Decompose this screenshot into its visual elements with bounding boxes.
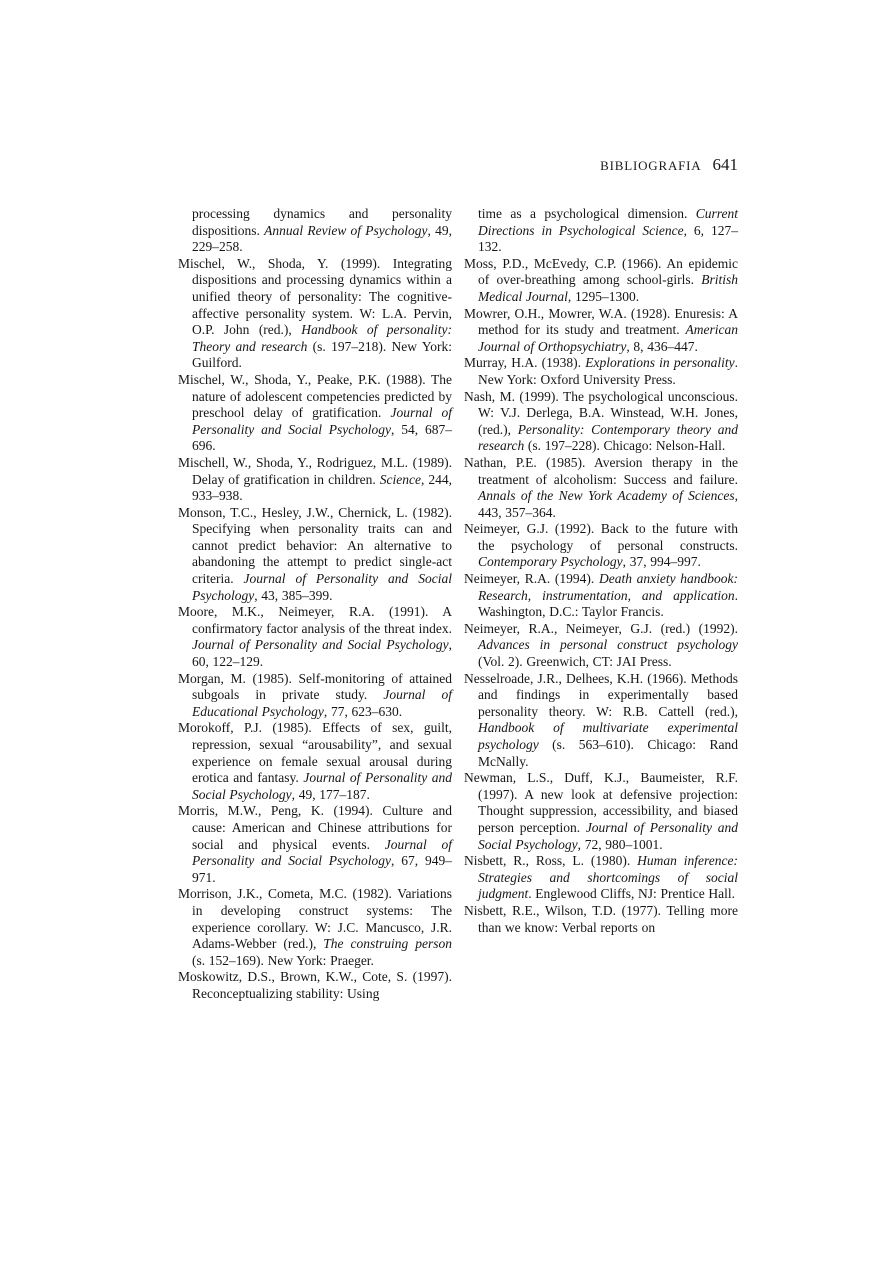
reference-entry: processing dynamics and personality disp…	[178, 206, 452, 256]
reference-entry: Nisbett, R., Ross, L. (1980). Human infe…	[464, 853, 738, 903]
reference-entry: Nesselroade, J.R., Delhees, K.H. (1966).…	[464, 671, 738, 771]
reference-text-segment: , 77, 623–630.	[324, 704, 402, 719]
reference-text-segment: , 37, 994–997.	[623, 554, 701, 569]
reference-title-segment: Science	[380, 472, 421, 487]
reference-title-segment: Annals of the New York Academy of Scienc…	[478, 488, 735, 503]
column-right: time as a psychological dimension. Curre…	[464, 206, 738, 1003]
column-left: processing dynamics and personality disp…	[178, 206, 452, 1003]
reference-text-segment: Neimeyer, G.J. (1992). Back to the futur…	[464, 521, 738, 553]
reference-entry: Neimeyer, R.A., Neimeyer, G.J. (red.) (1…	[464, 621, 738, 671]
reference-text-segment: Moskowitz, D.S., Brown, K.W., Cote, S. (…	[178, 969, 452, 1001]
reference-text-segment: , 72, 980–1001.	[578, 837, 663, 852]
reference-entry: Moskowitz, D.S., Brown, K.W., Cote, S. (…	[178, 969, 452, 1002]
reference-text-segment: Nisbett, R.E., Wilson, T.D. (1977). Tell…	[464, 903, 738, 935]
reference-text-segment: , 43, 385–399.	[254, 588, 332, 603]
reference-title-segment: Annual Review of Psychology	[264, 223, 427, 238]
reference-text-segment: time as a psychological dimension.	[478, 206, 696, 221]
reference-entry: Neimeyer, G.J. (1992). Back to the futur…	[464, 521, 738, 571]
reference-text-segment: (s. 197–228). Chicago: Nelson-Hall.	[524, 438, 725, 453]
book-page: BIBLIOGRAFIA 641 processing dynamics and…	[0, 0, 893, 1263]
reference-title-segment: The construing person	[323, 936, 452, 951]
reference-text-segment: , 8, 436–447.	[626, 339, 697, 354]
reference-entry: Morokoff, P.J. (1985). Effects of sex, g…	[178, 720, 452, 803]
page-number: 641	[713, 155, 739, 175]
reference-entry: Moss, P.D., McEvedy, C.P. (1966). An epi…	[464, 256, 738, 306]
reference-entry: time as a psychological dimension. Curre…	[464, 206, 738, 256]
reference-entry: Mischel, W., Shoda, Y., Peake, P.K. (198…	[178, 372, 452, 455]
reference-title-segment: Explorations in personality	[585, 355, 734, 370]
reference-text-segment: Murray, H.A. (1938).	[464, 355, 585, 370]
reference-entry: Mowrer, O.H., Mowrer, W.A. (1928). Enure…	[464, 306, 738, 356]
reference-text-segment: Nathan, P.E. (1985). Aversion therapy in…	[464, 455, 738, 487]
reference-entry: Nash, M. (1999). The psychological uncon…	[464, 389, 738, 455]
reference-entry: Mischel, W., Shoda, Y. (1999). Integrati…	[178, 256, 452, 372]
reference-title-segment: Advances in personal construct psycholog…	[478, 637, 738, 652]
reference-text-segment: . Englewood Cliffs, NJ: Prentice Hall.	[528, 886, 735, 901]
reference-text-segment: Neimeyer, R.A., Neimeyer, G.J. (red.) (1…	[464, 621, 738, 636]
reference-entry: Neimeyer, R.A. (1994). Death anxiety han…	[464, 571, 738, 621]
reference-text-segment: Neimeyer, R.A. (1994).	[464, 571, 599, 586]
reference-entry: Morrison, J.K., Cometa, M.C. (1982). Var…	[178, 886, 452, 969]
reference-title-segment: Journal of Personality and Social Psycho…	[192, 637, 449, 652]
reference-text-segment: (s. 152–169). New York: Praeger.	[192, 953, 374, 968]
reference-title-segment: Contemporary Psychology	[478, 554, 623, 569]
reference-entry: Moore, M.K., Neimeyer, R.A. (1991). A co…	[178, 604, 452, 670]
reference-entry: Murray, H.A. (1938). Explorations in per…	[464, 355, 738, 388]
reference-text-segment: Nisbett, R., Ross, L. (1980).	[464, 853, 637, 868]
running-title: BIBLIOGRAFIA	[600, 158, 701, 174]
reference-entry: Mischell, W., Shoda, Y., Rodriguez, M.L.…	[178, 455, 452, 505]
reference-entry: Morgan, M. (1985). Self-monitoring of at…	[178, 671, 452, 721]
reference-text-segment: (Vol. 2). Greenwich, CT: JAI Press.	[478, 654, 672, 669]
bibliography-columns: processing dynamics and personality disp…	[178, 206, 738, 1003]
reference-text-segment: Moore, M.K., Neimeyer, R.A. (1991). A co…	[178, 604, 452, 636]
reference-entry: Newman, L.S., Duff, K.J., Baumeister, R.…	[464, 770, 738, 853]
reference-entry: Monson, T.C., Hesley, J.W., Chernick, L.…	[178, 505, 452, 605]
reference-entry: Nathan, P.E. (1985). Aversion therapy in…	[464, 455, 738, 521]
reference-text-segment: Nesselroade, J.R., Delhees, K.H. (1966).…	[464, 671, 738, 719]
reference-text-segment: , 49, 177–187.	[292, 787, 370, 802]
reference-text-segment: , 1295–1300.	[568, 289, 639, 304]
reference-entry: Morris, M.W., Peng, K. (1994). Culture a…	[178, 803, 452, 886]
reference-entry: Nisbett, R.E., Wilson, T.D. (1977). Tell…	[464, 903, 738, 936]
reference-text-segment: Moss, P.D., McEvedy, C.P. (1966). An epi…	[464, 256, 738, 288]
page-header: BIBLIOGRAFIA 641	[178, 155, 738, 175]
